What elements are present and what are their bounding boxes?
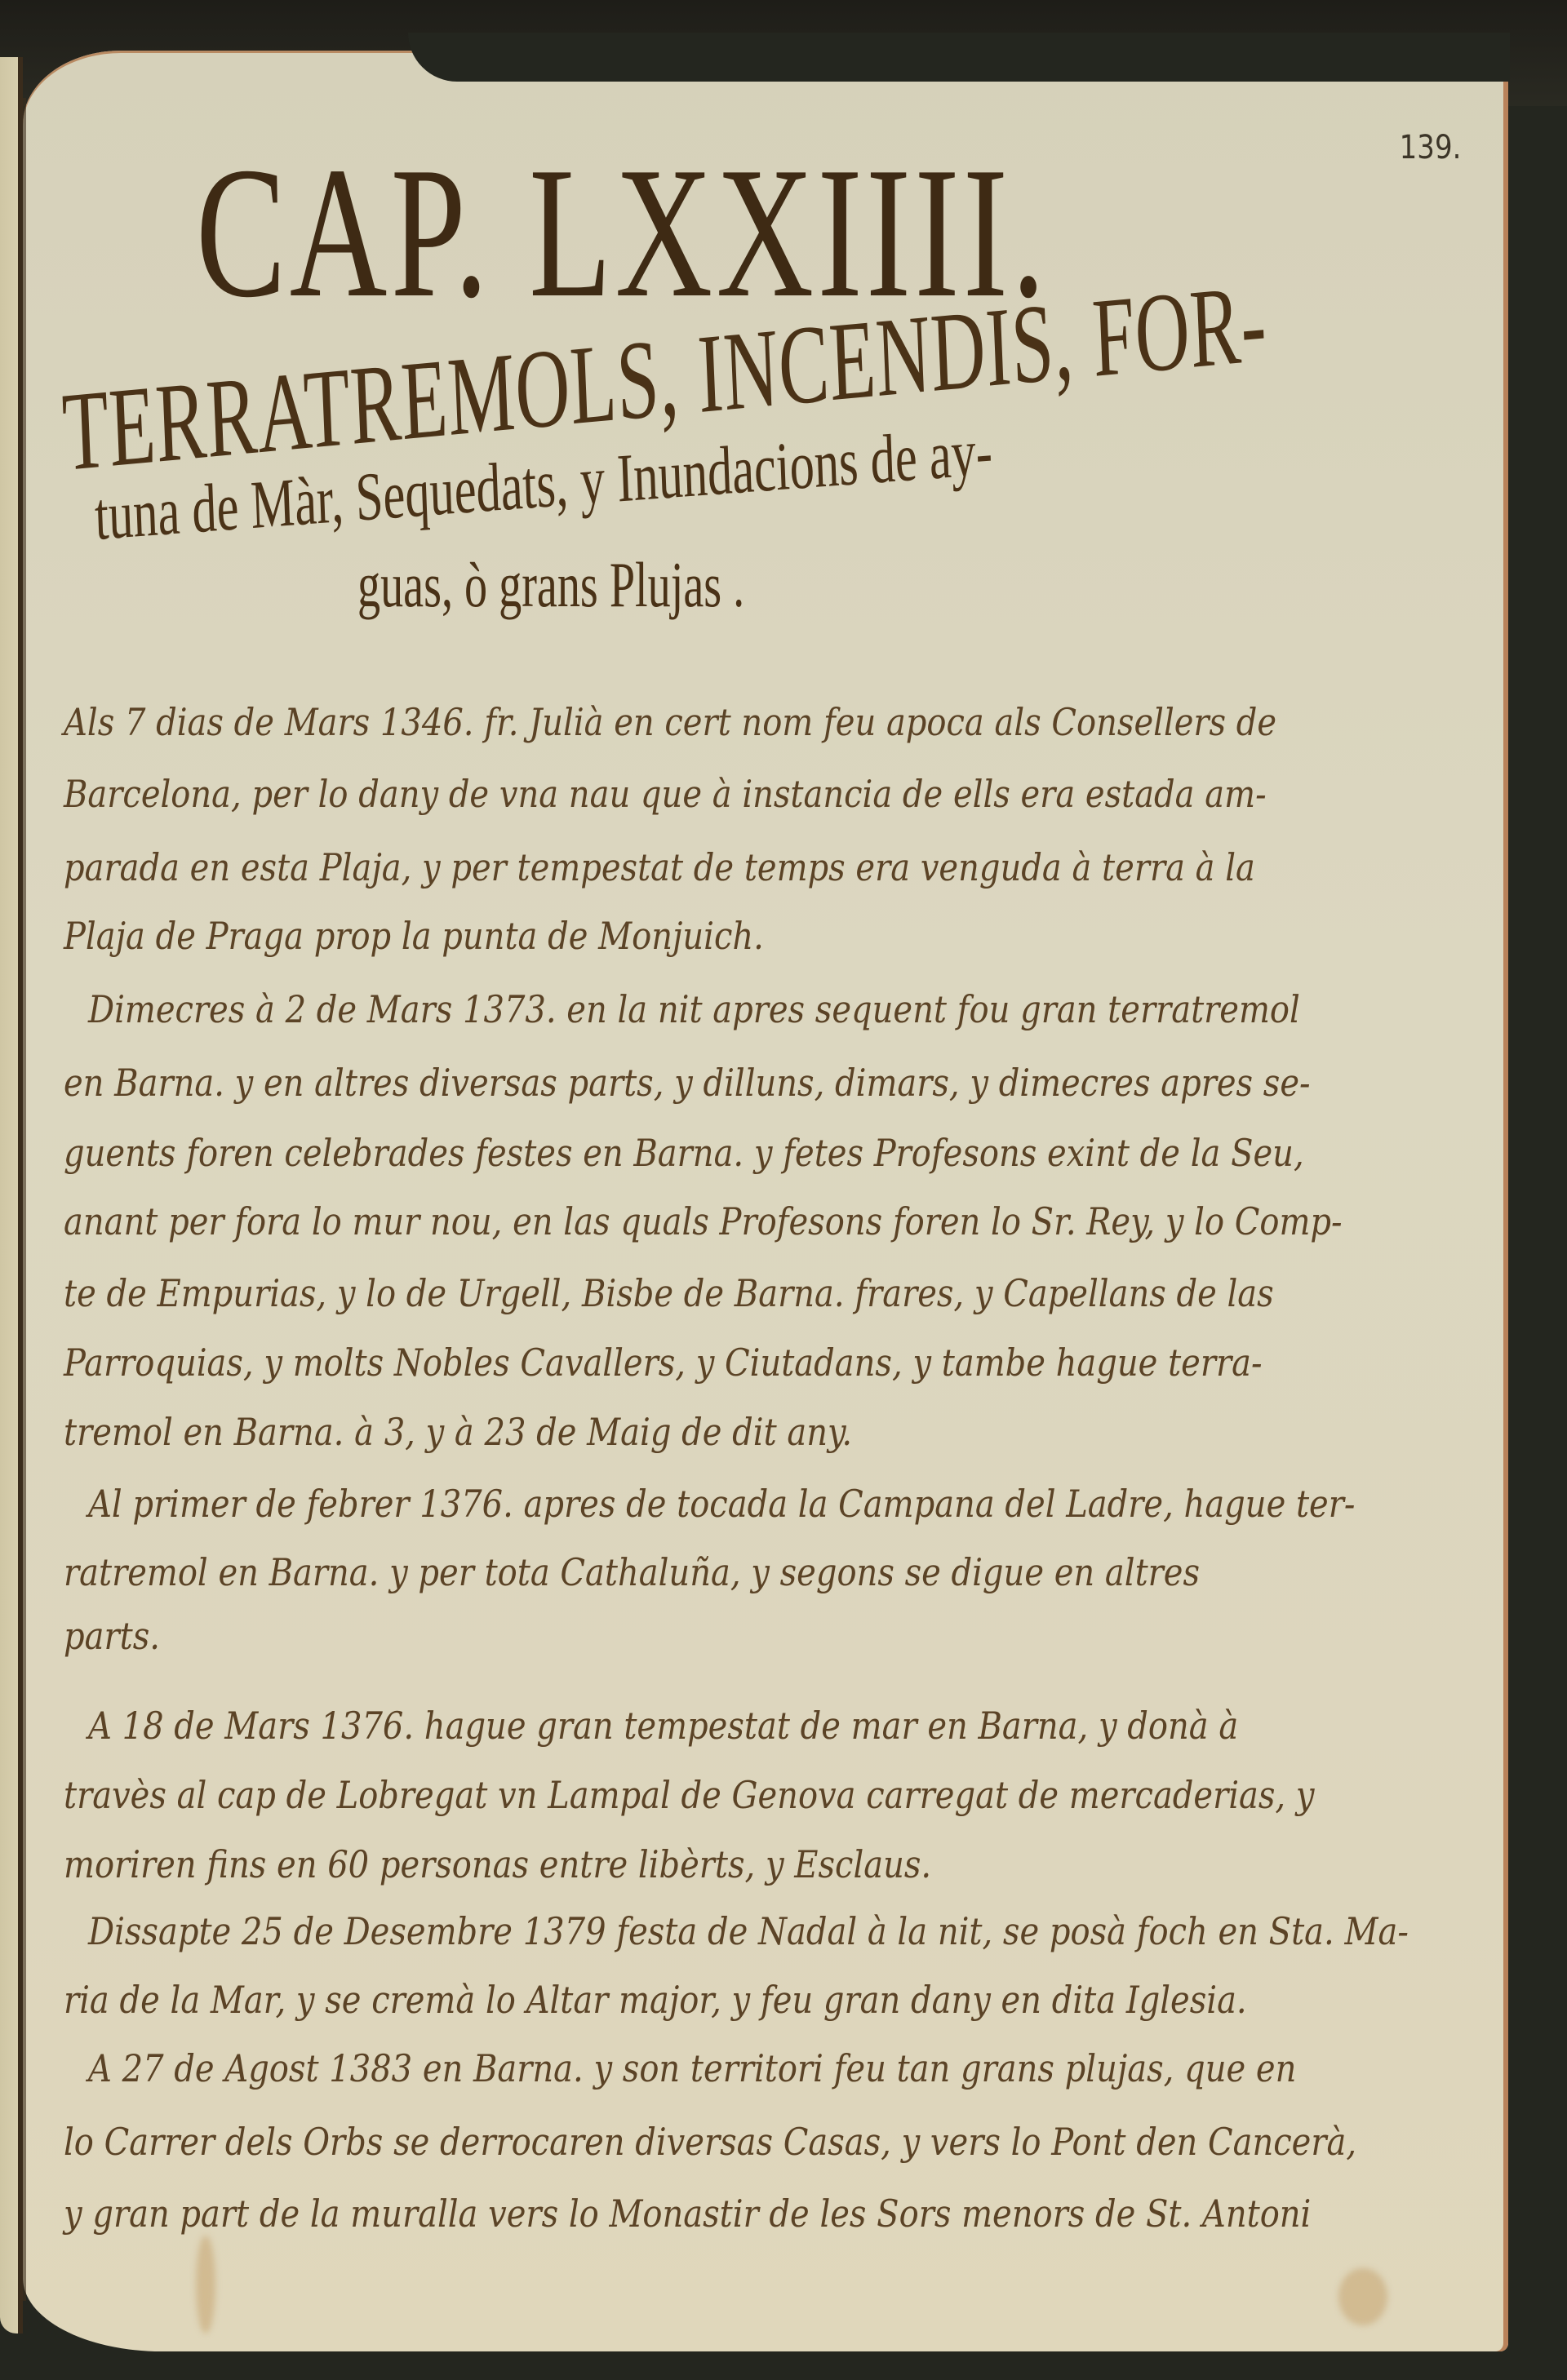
text-line: guents foren celebrades festes en Barna.…	[64, 1131, 1304, 1175]
text-line: lo Carrer dels Orbs se derrocaren divers…	[64, 2120, 1356, 2164]
text-line: te de Empurias, y lo de Urgell, Bisbe de…	[64, 1271, 1274, 1315]
text-line: ratremol en Barna. y per tota Cathaluña,…	[64, 1550, 1200, 1594]
text-line: parada en esta Plaja, y per tempestat de…	[64, 845, 1255, 889]
text-line: A 18 de Mars 1376. hague gran tempestat …	[88, 1704, 1238, 1748]
text-line: parts.	[64, 1614, 160, 1658]
text-line: A 27 de Agost 1383 en Barna. y son terri…	[88, 2046, 1296, 2090]
text-line: Parroquias, y molts Nobles Cavallers, y …	[64, 1341, 1262, 1385]
previous-page-edge	[0, 57, 23, 2333]
text-line: Dissapte 25 de Desembre 1379 festa de Na…	[88, 1909, 1409, 1953]
text-line: en Barna. y en altres diversas parts, y …	[64, 1061, 1311, 1105]
text-line: moriren fins en 60 personas entre libèrt…	[64, 1842, 931, 1886]
text-line: Plaja de Praga prop la punta de Monjuich…	[64, 914, 764, 958]
page-number: 139.	[1400, 129, 1462, 166]
text-line: Als 7 dias de Mars 1346. fr. Julià en ce…	[64, 700, 1276, 744]
title-line-3: guas, ò grans Plujas .	[357, 548, 744, 622]
text-line: Barcelona, per lo dany de vna nau que à …	[64, 772, 1267, 816]
binding-gutter	[23, 98, 26, 2301]
text-line: travès al cap de Lobregat vn Lampal de G…	[64, 1773, 1314, 1817]
text-line: Al primer de febrer 1376. apres de tocad…	[88, 1482, 1355, 1526]
page-top-wave-edge	[408, 33, 1510, 82]
text-line: anant per fora lo mur nou, en las quals …	[64, 1199, 1343, 1243]
text-line: tremol en Barna. à 3, y à 23 de Maig de …	[64, 1410, 852, 1454]
text-line: y gran part de la muralla vers lo Monast…	[64, 2192, 1311, 2236]
paper-stain	[1338, 2268, 1387, 2325]
text-line: ria de la Mar, y se cremà lo Altar major…	[64, 1978, 1247, 2022]
paper-stain	[196, 2236, 215, 2333]
text-line: Dimecres à 2 de Mars 1373. en la nit apr…	[88, 987, 1300, 1031]
